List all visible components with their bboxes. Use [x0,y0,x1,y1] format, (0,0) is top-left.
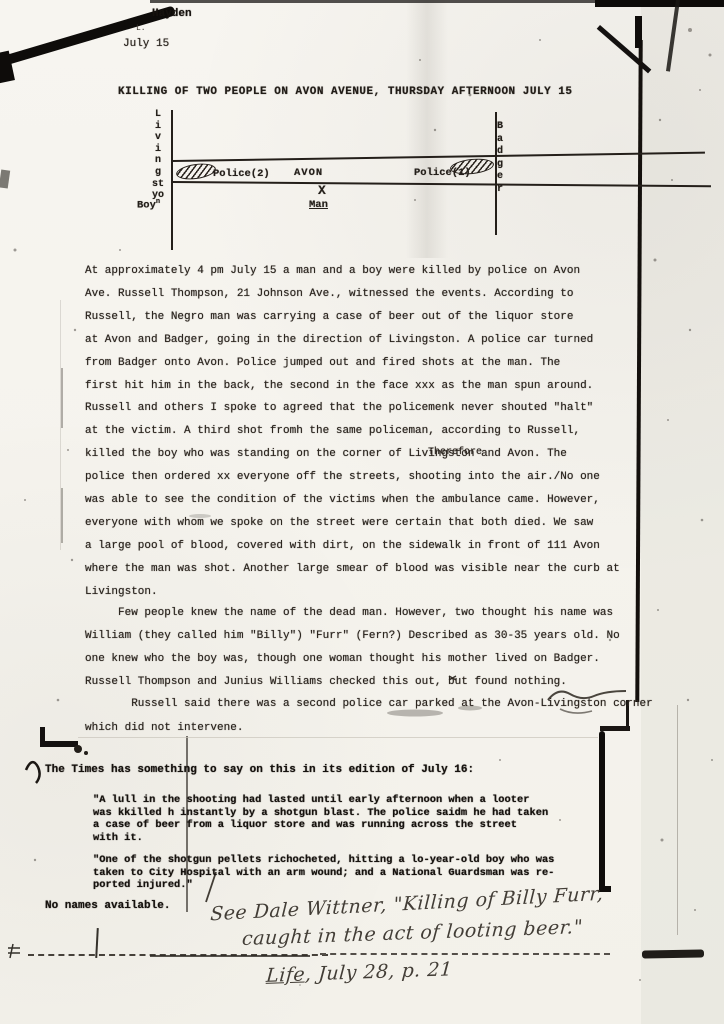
text-line: st [147,179,169,191]
scan-top-right-bar [595,0,724,7]
text-line: Russell and others I spoke to agreed tha… [85,397,620,420]
text-line: first hit him in the back, the second in… [85,375,620,398]
text-line: from Badger onto Avon. Police jumped out… [85,352,620,375]
text-line: r [489,184,511,197]
text-line: was able to see the condition of the vic… [85,489,620,512]
text-line: L [147,109,169,121]
text-line: g [489,159,511,172]
inserted-word-therefore: Therefore [428,448,482,458]
text-line: everyone with whom we spoke on the stree… [85,512,620,535]
text-line: Russell said there was a second police c… [85,692,653,716]
text-line: B [489,121,511,134]
text-line: which did not intervene. [85,716,653,740]
text-line: one knew who the boy was, though one wom… [85,648,620,671]
text-line: v [147,132,169,144]
scan-right-edge-top-thick [635,16,642,48]
text-line: was kkilled h instantly by a shotgun bla… [93,807,548,820]
text-line: William (they called him "Billy") "Furr"… [85,625,620,648]
text-line: At approximately 4 pm July 15 a man and … [85,260,620,283]
handwritten-note-citation: Life, July 28, p. 21 [238,936,455,1010]
paragraph-3: Russell said there was a second police c… [85,692,653,740]
citation-title: Life [265,963,306,986]
text-line: Russell, the Negro man was carrying a ca… [85,306,620,329]
citation-rest: , July 28, p. 21 [304,958,453,985]
text-line: killed the boy who was standing on the c… [85,443,620,466]
text-line: where the man was shot. Another large sm… [85,558,620,581]
page-title: KILLING OF TWO PEOPLE ON AVON AVENUE, TH… [118,86,572,98]
text-line: Russell Thompson and Junius Williams che… [85,671,620,694]
paragraph-1: At approximately 4 pm July 15 a man and … [85,260,620,604]
scan-faint-right-line [677,705,678,935]
boy-label-text: Boy [137,200,156,212]
man-label: Man [309,199,328,211]
text-line: police then ordered xx everyone off the … [85,466,620,489]
man-position-mark: X [318,183,326,198]
avon-avenue-label: AVON [294,167,323,179]
times-intro: The Times has something to say on this i… [45,764,474,776]
badger-street-label: Badger [489,121,511,196]
text-line: a large pool of blood, covered with dirt… [85,535,620,558]
livingston-street-label: Livingstyo [147,109,169,202]
text-line: n [147,155,169,167]
no-names-note: No names available. [45,900,170,912]
police-left-label: Police(2) [213,168,270,180]
times-quote-1: "A lull in the shooting had lasted until… [93,794,548,844]
text-line: "A lull in the shooting had lasted until… [93,794,548,807]
text-line: i [147,144,169,156]
annotator-name: Hayden [152,8,192,20]
scan-fold-band [406,0,448,258]
scan-page2-right-bar [599,731,605,891]
boy-label: Boyn [137,198,160,212]
text-line: Ave. Russell Thompson, 21 Johnson Ave., … [85,283,620,306]
scan-corner-bracket-left-v [40,727,45,747]
paragraph-2: Few people knew the name of the dead man… [85,602,620,694]
text-line: i [147,121,169,133]
text-line: at Avon and Badger, going in the directi… [85,329,620,352]
text-line: taken to City Hospital with an arm wound… [93,867,554,880]
scan-left-crease-b [61,488,63,543]
times-quote-2: "One of the shotgun pellets richocheted,… [93,854,554,892]
boy-superscript: n [156,198,160,206]
scan-top-edge-line [150,0,620,3]
scan-left-crease-faint [60,300,61,550]
scan-corner-bracket-left-h [40,741,78,747]
text-line: d [489,146,511,159]
text-line: e [489,171,511,184]
text-line: Livingston. [85,581,620,604]
text-line: at the victim. A third shot fromh the sa… [85,420,620,443]
corner-note: L. [136,24,146,33]
scanned-document-page: Hayden L. July 15 KILLING OF TWO PEOPLE … [0,0,724,1024]
text-line: "One of the shotgun pellets richocheted,… [93,854,554,867]
text-line: g [147,167,169,179]
text-line: a [489,134,511,147]
text-line: Few people knew the name of the dead man… [85,602,620,625]
text-line: with it. [93,832,548,845]
scan-dashed-line-blob [642,949,704,958]
text-line: a case of beer from a liquor store and w… [93,819,548,832]
date-label: July 15 [123,33,169,56]
scan-left-crease-a [61,368,63,428]
